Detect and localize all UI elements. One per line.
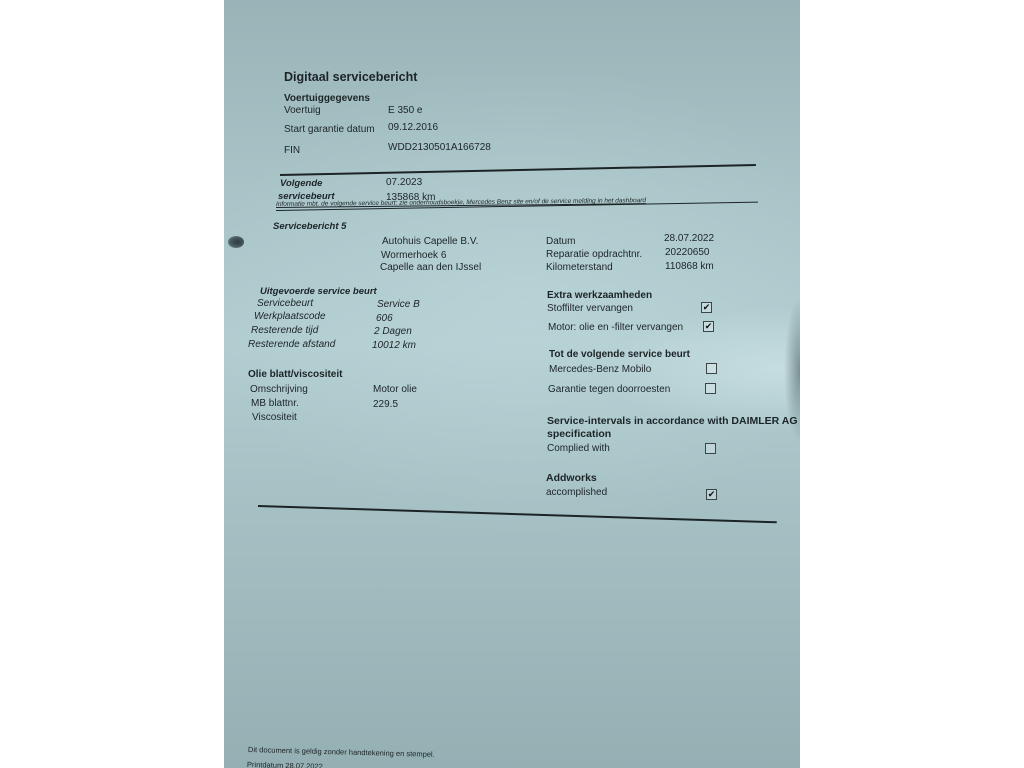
oil-description-value: Motor olie: [373, 384, 417, 395]
extra-work-item-1-checkbox[interactable]: ✔: [701, 302, 712, 313]
warranty-start-value: 09.12.2016: [388, 122, 438, 133]
workshop-code-label: Werkplaatscode: [254, 311, 326, 322]
remaining-distance-value: 10012 km: [372, 340, 416, 351]
extra-work-heading: Extra werkzaamheden: [547, 290, 652, 301]
complied-with-checkbox[interactable]: [705, 443, 716, 454]
complied-with-label: Complied with: [547, 443, 610, 454]
warranty-start-label: Start garantie datum: [284, 124, 375, 135]
addworks-heading: Addworks: [546, 472, 597, 484]
rust-warranty-label: Garantie tegen doorroesten: [548, 384, 670, 395]
dealer-street: Wormerhoek 6: [381, 250, 446, 261]
print-date: Printdatum 28.07.2022: [247, 760, 323, 768]
extra-work-item-1-label: Stoffilter vervangen: [547, 303, 633, 314]
viscosity-label: Viscositeit: [252, 412, 297, 423]
oil-sheet-heading: Olie blatt/viscositeit: [248, 369, 342, 380]
mb-sheet-number-value: 229.5: [373, 399, 398, 410]
mobilo-checkbox[interactable]: [706, 363, 717, 374]
accomplished-label: accomplished: [546, 487, 607, 498]
service-intervals-heading-1: Service-intervals in accordance with DAI…: [547, 415, 798, 427]
date-label: Datum: [546, 236, 575, 247]
dealer-city: Capelle aan den IJssel: [380, 262, 481, 273]
remaining-time-label: Resterende tijd: [251, 325, 318, 336]
remaining-time-value: 2 Dagen: [374, 326, 412, 337]
service-type-label: Servicebeurt: [257, 298, 313, 309]
vehicle-label: Voertuig: [284, 105, 321, 116]
punch-hole: [228, 236, 244, 248]
workshop-code-value: 606: [376, 313, 393, 324]
next-service-label-1: Volgende: [280, 178, 322, 189]
rust-warranty-checkbox[interactable]: [705, 383, 716, 394]
mobilo-label: Mercedes-Benz Mobilo: [549, 364, 651, 375]
date-value: 28.07.2022: [664, 233, 714, 244]
mileage-label: Kilometerstand: [546, 262, 613, 273]
vehicle-section-heading: Voertuiggegevens: [284, 93, 370, 104]
extra-work-item-2-label: Motor: olie en -filter vervangen: [548, 322, 683, 333]
repair-order-label: Reparatie opdrachtnr.: [546, 249, 642, 260]
mileage-value: 110868 km: [665, 261, 714, 272]
mb-sheet-number-label: MB blattnr.: [251, 398, 299, 409]
until-next-service-heading: Tot de volgende service beurt: [549, 349, 690, 360]
repair-order-value: 20220650: [665, 247, 710, 258]
accomplished-checkbox[interactable]: ✔: [706, 489, 717, 500]
service-report-heading: Servicebericht 5: [273, 221, 346, 232]
oil-description-label: Omschrijving: [250, 384, 308, 395]
remaining-distance-label: Resterende afstand: [248, 339, 335, 350]
next-service-date: 07.2023: [386, 177, 422, 188]
extra-work-item-2-checkbox[interactable]: ✔: [703, 321, 714, 332]
vehicle-value: E 350 e: [388, 105, 422, 116]
document-title: Digitaal servicebericht: [284, 70, 417, 84]
service-type-value: Service B: [377, 299, 420, 310]
service-intervals-heading-2: specification: [547, 428, 611, 440]
fin-value: WDD2130501A166728: [388, 142, 491, 153]
dealer-name: Autohuis Capelle B.V.: [382, 236, 478, 247]
fin-label: FIN: [284, 145, 300, 156]
performed-service-heading: Uitgevoerde service beurt: [260, 286, 377, 297]
